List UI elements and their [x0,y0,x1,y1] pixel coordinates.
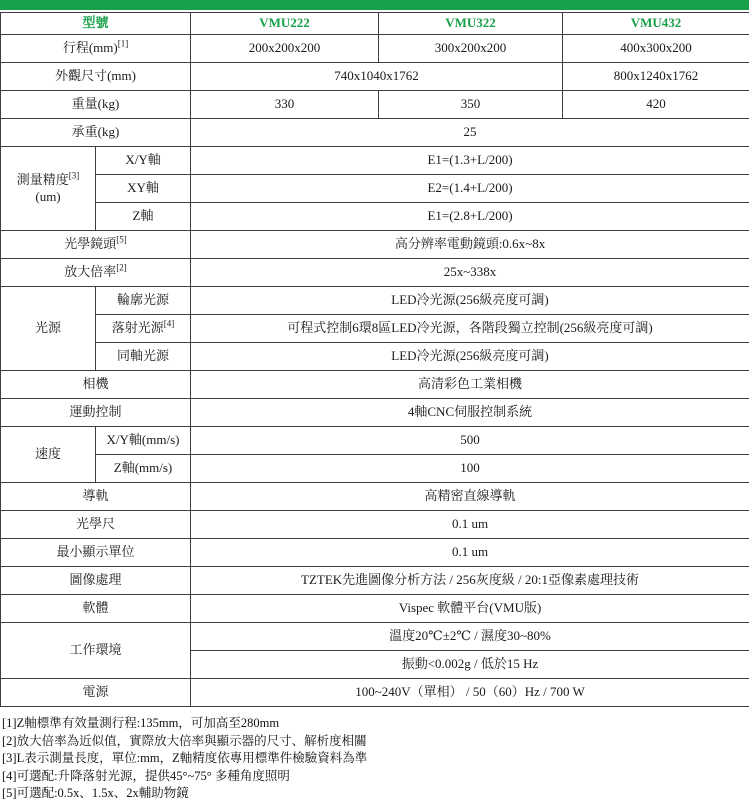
sub-label-text: Z軸(mm/s) [114,460,173,475]
table-header-row: 型號 VMU222 VMU322 VMU432 [1,13,749,35]
footnote-marker: [1] [118,39,129,49]
environment-value-temp: 溫度20℃±2℃ / 濕度30~80% [191,623,749,651]
row-label-text: 測量精度 [17,172,69,187]
cell-value: 可程式控制6環8區LED冷光源，各階段獨立控制(256級亮度可調) [287,320,652,335]
footnote-marker: [5] [116,235,127,245]
row-label-text: 光源 [35,320,61,335]
row-power: 電源 100~240V（單相） / 50（60）Hz / 700 W [1,679,749,707]
cell-value: 溫度20℃±2℃ / 濕度30~80% [389,628,551,643]
load-value: 25 [191,119,749,147]
row-display-unit: 最小顯示單位 0.1 um [1,539,749,567]
row-light-epi: 落射光源[4] 可程式控制6環8區LED冷光源，各階段獨立控制(256級亮度可調… [1,315,749,343]
row-label-text: 相機 [83,376,109,391]
weight-value-vmu432: 420 [563,91,749,119]
row-label-scale: 光學尺 [1,511,191,539]
cell-value: 高分辨率電動鏡頭:0.6x~8x [395,236,545,251]
row-label-text: 行程(mm) [63,40,118,55]
row-label-weight: 重量(kg) [1,91,191,119]
row-accuracy-xy2: XY軸 E2=(1.4+L/200) [1,175,749,203]
row-label-text: 重量(kg) [72,96,120,111]
cell-value: E2=(1.4+L/200) [427,180,512,195]
green-header-bar [0,0,749,10]
accuracy-label-line1: 測量精度[3] [3,172,93,188]
model-name-label: VMU222 [259,15,310,30]
cell-value: 300x200x200 [435,40,507,55]
sub-label-z-axis: Z軸 [96,203,191,231]
row-dimensions: 外觀尺寸(mm) 740x1040x1762 800x1240x1762 [1,63,749,91]
cell-value: 25 [464,124,477,139]
row-accuracy-z: Z軸 E1=(2.8+L/200) [1,203,749,231]
travel-value-vmu222: 200x200x200 [191,35,379,63]
travel-value-vmu322: 300x200x200 [379,35,563,63]
magnification-value: 25x~338x [191,259,749,287]
accuracy-value-z: E1=(2.8+L/200) [191,203,749,231]
row-label-text: 最小顯示單位 [57,544,135,559]
accuracy-value-xy2: E2=(1.4+L/200) [191,175,749,203]
row-label-dimensions: 外觀尺寸(mm) [1,63,191,91]
row-weight: 重量(kg) 330 350 420 [1,91,749,119]
row-label-lens: 光學鏡頭[5] [1,231,191,259]
cell-value: 25x~338x [444,264,497,279]
row-label-text: 電源 [83,684,109,699]
row-label-load: 承重(kg) [1,119,191,147]
dimensions-value-large: 800x1240x1762 [563,63,749,91]
row-camera: 相機 高清彩色工業相機 [1,371,749,399]
environment-value-vibration: 振動<0.002g / 低於15 Hz [191,651,749,679]
row-software: 軟體 Vispec 軟體平台(VMU版) [1,595,749,623]
model-name-vmu322: VMU322 [379,13,563,35]
row-label-environment: 工作環境 [1,623,191,679]
footnote-3: [3]L表示測量長度，單位:mm，Z軸精度依專用標準件檢驗資料為準 [2,750,747,768]
spec-table: 型號 VMU222 VMU322 VMU432 行程(mm)[1] 200x20… [0,12,749,707]
accuracy-value-xy1: E1=(1.3+L/200) [191,147,749,175]
row-label-text: 運動控制 [70,404,122,419]
cell-value: 0.1 um [452,516,488,531]
lens-value: 高分辨率電動鏡頭:0.6x~8x [191,231,749,259]
weight-value-vmu222: 330 [191,91,379,119]
sub-label-coaxial-light: 同軸光源 [96,343,191,371]
cell-value: 420 [646,96,666,111]
sub-label-xy-plane: XY軸 [96,175,191,203]
footnotes: [1]Z軸標準有效量測行程:135mm，可加高至280mm [2]放大倍率為近似… [0,707,749,803]
sub-label-text: 輪廓光源 [117,292,169,307]
light-value-coaxial: LED冷光源(256級亮度可調) [191,343,749,371]
image-processing-value: TZTEK先進圖像分析方法 / 256灰度級 / 20:1亞像素處理技術 [191,567,749,595]
dimensions-value-small: 740x1040x1762 [191,63,563,91]
cell-value: E1=(2.8+L/200) [427,208,512,223]
sub-label-text: 落射光源 [112,320,164,335]
row-label-text: 軟體 [83,600,109,615]
row-load: 承重(kg) 25 [1,119,749,147]
row-label-text: 導軌 [83,488,109,503]
model-name-label: VMU322 [445,15,496,30]
sub-label-text: X/Y軸(mm/s) [107,432,180,447]
row-label-text: 光學鏡頭 [64,236,116,251]
row-lens: 光學鏡頭[5] 高分辨率電動鏡頭:0.6x~8x [1,231,749,259]
row-label-text: 放大倍率 [64,264,116,279]
row-image-processing: 圖像處理 TZTEK先進圖像分析方法 / 256灰度級 / 20:1亞像素處理技… [1,567,749,595]
footnote-marker: [3] [69,171,80,181]
row-label-text: 外觀尺寸(mm) [55,68,136,83]
row-label-text: 速度 [35,446,61,461]
cell-value: 振動<0.002g / 低於15 Hz [402,656,539,671]
travel-value-vmu432: 400x300x200 [563,35,749,63]
row-label-text: 承重(kg) [72,124,120,139]
row-label-text: 光學尺 [76,516,115,531]
sub-label-text: X/Y軸 [125,152,160,167]
software-value: Vispec 軟體平台(VMU版) [191,595,749,623]
row-accuracy-xy1: 測量精度[3] (um) X/Y軸 E1=(1.3+L/200) [1,147,749,175]
cell-value: 4軸CNC伺服控制系統 [408,404,532,419]
sub-label-xy-axis: X/Y軸 [96,147,191,175]
row-speed-xy: 速度 X/Y軸(mm/s) 500 [1,427,749,455]
cell-value: 100 [460,460,480,475]
display-unit-value: 0.1 um [191,539,749,567]
sub-label-speed-z: Z軸(mm/s) [96,455,191,483]
cell-value: 200x200x200 [249,40,321,55]
cell-value: 740x1040x1762 [334,68,419,83]
row-label-travel: 行程(mm)[1] [1,35,191,63]
cell-value: LED冷光源(256級亮度可調) [391,292,548,307]
footnote-5: [5]可選配:0.5x、1.5x、2x輔助物鏡 [2,785,747,803]
light-value-epi: 可程式控制6環8區LED冷光源，各階段獨立控制(256級亮度可調) [191,315,749,343]
cell-value: E1=(1.3+L/200) [427,152,512,167]
cell-value: 高精密直線導軌 [425,488,516,503]
row-label-display-unit: 最小顯示單位 [1,539,191,567]
footnote-4: [4]可選配:升降落射光源，提供45°~75° 多種角度照明 [2,768,747,786]
row-label-accuracy: 測量精度[3] (um) [1,147,96,231]
spec-sheet: 型號 VMU222 VMU322 VMU432 行程(mm)[1] 200x20… [0,0,749,806]
motion-value: 4軸CNC伺服控制系統 [191,399,749,427]
row-label-text: 圖像處理 [70,572,122,587]
row-label-guide: 導軌 [1,483,191,511]
model-name-vmu432: VMU432 [563,13,749,35]
cell-value: 0.1 um [452,544,488,559]
scale-value: 0.1 um [191,511,749,539]
row-label-camera: 相機 [1,371,191,399]
row-light-coaxial: 同軸光源 LED冷光源(256級亮度可調) [1,343,749,371]
cell-value: 350 [461,96,481,111]
cell-value: 800x1240x1762 [614,68,699,83]
model-header-cell: 型號 [1,13,191,35]
cell-value: 400x300x200 [620,40,692,55]
model-name-vmu222: VMU222 [191,13,379,35]
model-header-label: 型號 [83,15,109,30]
speed-value-xy: 500 [191,427,749,455]
cell-value: TZTEK先進圖像分析方法 / 256灰度級 / 20:1亞像素處理技術 [301,572,639,587]
sub-label-epi-light: 落射光源[4] [96,315,191,343]
camera-value: 高清彩色工業相機 [191,371,749,399]
cell-value: 100~240V（單相） / 50（60）Hz / 700 W [355,684,585,699]
model-name-label: VMU432 [631,15,682,30]
cell-value: 330 [275,96,295,111]
row-magnification: 放大倍率[2] 25x~338x [1,259,749,287]
power-value: 100~240V（單相） / 50（60）Hz / 700 W [191,679,749,707]
row-label-text: 工作環境 [70,642,122,657]
sub-label-speed-xy: X/Y軸(mm/s) [96,427,191,455]
sub-label-text: Z軸 [133,208,154,223]
sub-label-contour-light: 輪廓光源 [96,287,191,315]
row-speed-z: Z軸(mm/s) 100 [1,455,749,483]
row-label-power: 電源 [1,679,191,707]
footnote-marker: [2] [116,263,127,273]
row-guide: 導軌 高精密直線導軌 [1,483,749,511]
footnote-marker: [4] [164,319,175,329]
footnote-2: [2]放大倍率為近似值，實際放大倍率與顯示器的尺寸、解析度相關 [2,733,747,751]
sub-label-text: 同軸光源 [117,348,169,363]
row-motion: 運動控制 4軸CNC伺服控制系統 [1,399,749,427]
sub-label-text: XY軸 [127,180,159,195]
row-label-software: 軟體 [1,595,191,623]
row-environment-temp: 工作環境 溫度20℃±2℃ / 濕度30~80% [1,623,749,651]
weight-value-vmu322: 350 [379,91,563,119]
cell-value: 高清彩色工業相機 [418,376,522,391]
cell-value: LED冷光源(256級亮度可調) [391,348,548,363]
row-travel: 行程(mm)[1] 200x200x200 300x200x200 400x30… [1,35,749,63]
light-value-contour: LED冷光源(256級亮度可調) [191,287,749,315]
row-scale: 光學尺 0.1 um [1,511,749,539]
row-label-speed: 速度 [1,427,96,483]
speed-value-z: 100 [191,455,749,483]
row-label-magnification: 放大倍率[2] [1,259,191,287]
row-light-contour: 光源 輪廓光源 LED冷光源(256級亮度可調) [1,287,749,315]
footnote-1: [1]Z軸標準有效量測行程:135mm，可加高至280mm [2,715,747,733]
cell-value: 500 [460,432,480,447]
accuracy-unit: (um) [3,189,93,205]
row-label-image-processing: 圖像處理 [1,567,191,595]
cell-value: Vispec 軟體平台(VMU版) [399,600,542,615]
row-label-light: 光源 [1,287,96,371]
guide-value: 高精密直線導軌 [191,483,749,511]
row-label-motion: 運動控制 [1,399,191,427]
